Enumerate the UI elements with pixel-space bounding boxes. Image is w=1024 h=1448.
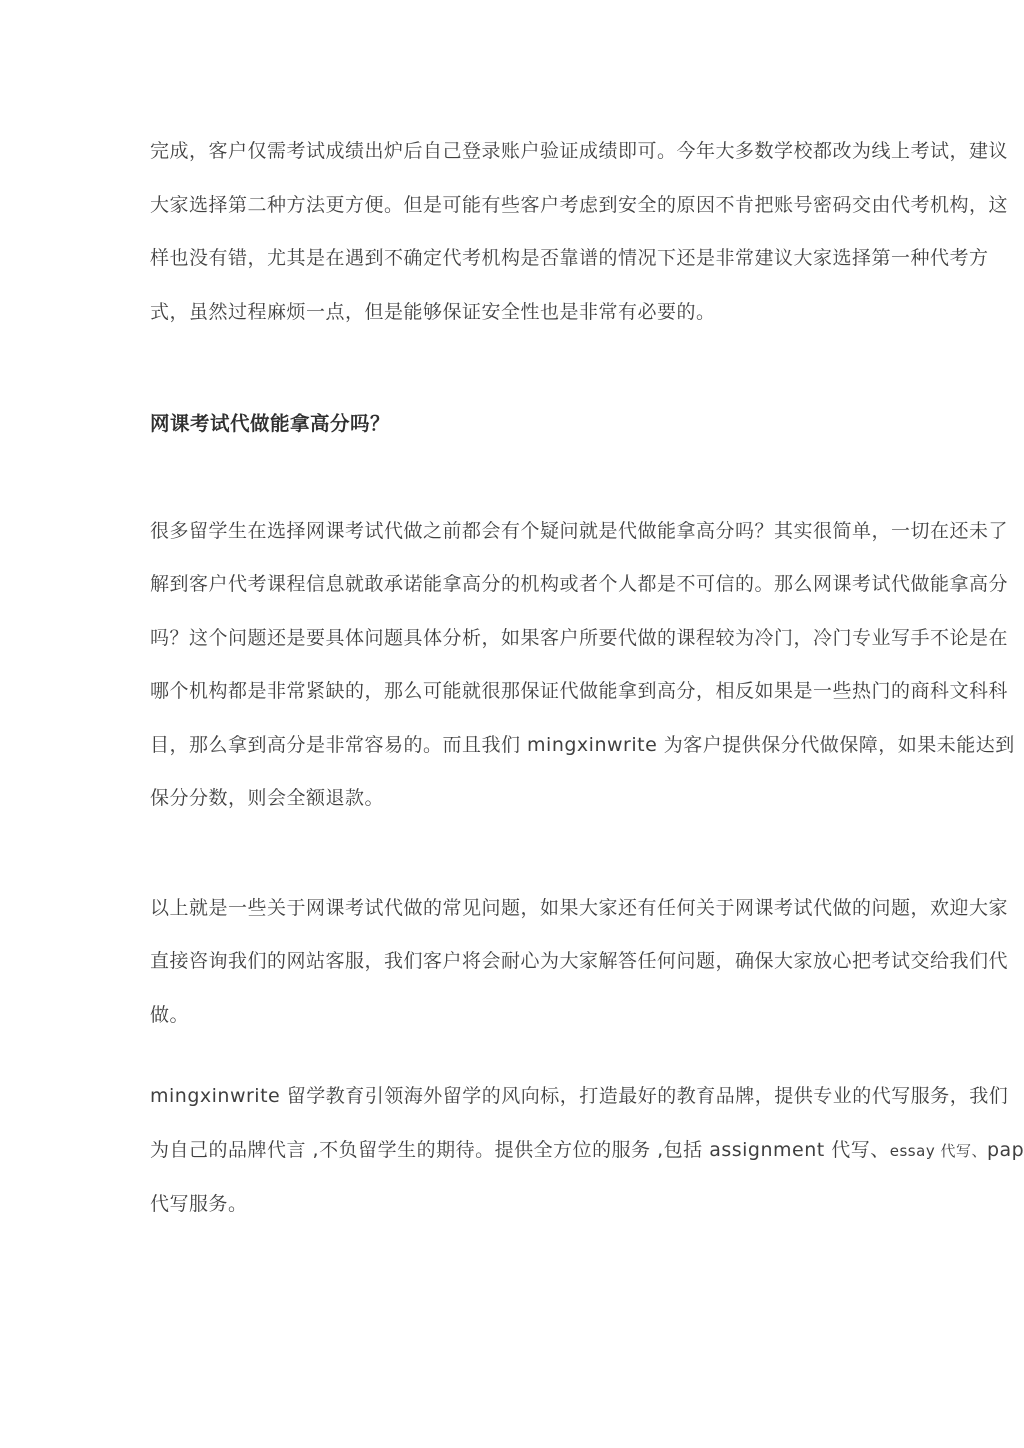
line-segment-small: essay 代写、: [890, 1142, 987, 1160]
paragraph-summary-contact: 以上就是一些关于网课考试代做的常见问题，如果大家还有任何关于网课考试代做的问题，…: [150, 882, 876, 1043]
paragraph-line-mixed-size: 为自己的品牌代言 ,不负留学生的期待。提供全方位的服务 ,包括 assignme…: [150, 1124, 876, 1179]
paragraph-line: 样也没有错，尤其是在遇到不确定代考机构是否靠谱的情况下还是非常建议大家选择第一种…: [150, 232, 876, 286]
paragraph-line: 吗？这个问题还是要具体问题具体分析，如果客户所要代做的课程较为冷门，冷门专业写手…: [150, 612, 876, 666]
paragraph-line: mingxinwrite 留学教育引领海外留学的风向标，打造最好的教育品牌，提供…: [150, 1070, 876, 1124]
line-segment-normal: 为自己的品牌代言 ,不负留学生的期待。提供全方位的服务 ,包括 assignme…: [150, 1139, 890, 1161]
paragraph-line: 解到客户代考课程信息就敢承诺能拿高分的机构或者个人都是不可信的。那么网课考试代做…: [150, 558, 876, 612]
paragraph-exam-verification: 完成，客户仅需考试成绩出炉后自己登录账户验证成绩即可。今年大多数学校都改为线上考…: [150, 125, 876, 339]
paragraph-high-score-question: 很多留学生在选择网课考试代做之前都会有个疑问就是代做能拿高分吗？其实很简单，一切…: [150, 505, 876, 826]
paragraph-line: 很多留学生在选择网课考试代做之前都会有个疑问就是代做能拿高分吗？其实很简单，一切…: [150, 505, 876, 559]
section-heading: 网课考试代做能拿高分吗？: [150, 397, 876, 451]
paragraph-line: 直接咨询我们的网站客服，我们客户将会耐心为大家解答任何问题，确保大家放心把考试交…: [150, 935, 876, 989]
line-segment-normal: paper: [987, 1139, 1024, 1161]
paragraph-line: 式，虽然过程麻烦一点，但是能够保证安全性也是非常有必要的。: [150, 286, 876, 340]
paragraph-brand-promotion: mingxinwrite 留学教育引领海外留学的风向标，打造最好的教育品牌，提供…: [150, 1070, 876, 1232]
paragraph-line: 保分分数，则会全额退款。: [150, 772, 876, 826]
paragraph-line: 哪个机构都是非常紧缺的，那么可能就很那保证代做能拿到高分，相反如果是一些热门的商…: [150, 665, 876, 719]
paragraph-line: 大家选择第二种方法更方便。但是可能有些客户考虑到安全的原因不肯把账号密码交由代考…: [150, 179, 876, 233]
document-page: 完成，客户仅需考试成绩出炉后自己登录账户验证成绩即可。今年大多数学校都改为线上考…: [0, 0, 1024, 1448]
paragraph-line: 代写服务。: [150, 1178, 876, 1232]
paragraph-line: 目，那么拿到高分是非常容易的。而且我们 mingxinwrite 为客户提供保分…: [150, 719, 876, 773]
paragraph-line: 以上就是一些关于网课考试代做的常见问题，如果大家还有任何关于网课考试代做的问题，…: [150, 882, 876, 936]
article-body: 完成，客户仅需考试成绩出炉后自己登录账户验证成绩即可。今年大多数学校都改为线上考…: [150, 125, 876, 1232]
paragraph-line: 做。: [150, 989, 876, 1043]
paragraph-line: 完成，客户仅需考试成绩出炉后自己登录账户验证成绩即可。今年大多数学校都改为线上考…: [150, 125, 876, 179]
